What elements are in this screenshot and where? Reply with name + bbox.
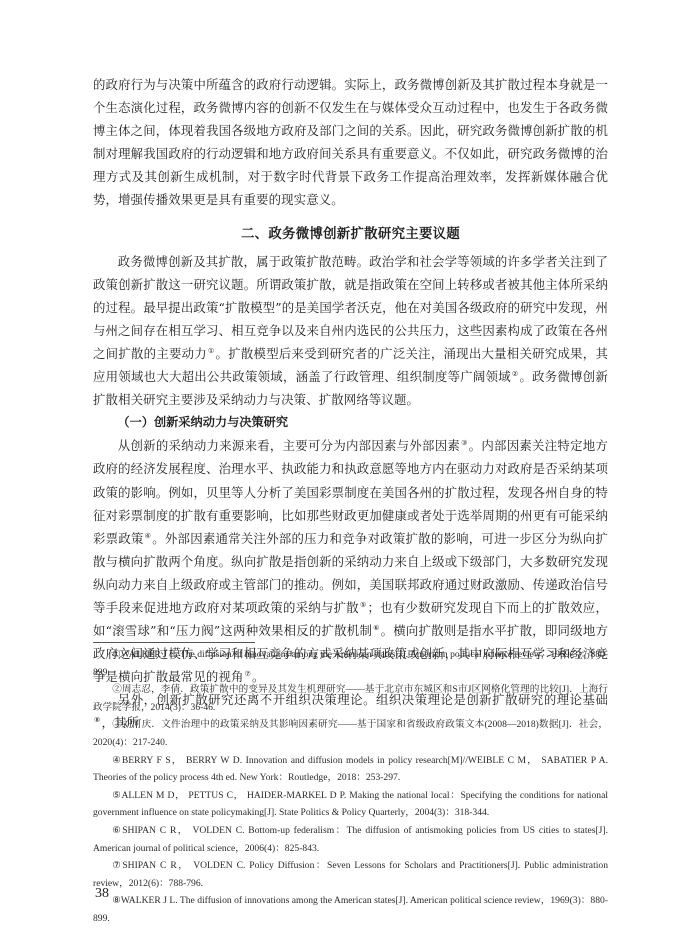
footnote-ref-2[interactable]: ② bbox=[512, 370, 519, 378]
page-number: 38 bbox=[95, 886, 109, 902]
subsection-title: （一）创新采纳动力与决策研究 bbox=[93, 411, 608, 434]
footnote-ref-1[interactable]: ① bbox=[208, 347, 215, 355]
footnote-divider bbox=[93, 642, 255, 643]
footnote-ref-6[interactable]: ⑥ bbox=[373, 624, 380, 632]
footnote-ref-4[interactable]: ④ bbox=[145, 532, 152, 540]
section-title: 二、政务微博创新扩散研究主要议题 bbox=[93, 223, 608, 247]
intro-paragraph: 的政府行为与决策中所蕴含的政府行动逻辑。实际上，政务微博创新及其扩散过程本身就是… bbox=[93, 73, 608, 212]
footnote-ref-3[interactable]: ③ bbox=[461, 439, 468, 447]
footnotes: ①WALKER J L. The diffusion of innovation… bbox=[93, 646, 608, 928]
footnote-6: ⑥SHIPAN C R， VOLDEN C. Bottom-up federal… bbox=[93, 822, 608, 857]
footnote-2: ②周志忍，李倩．政策扩散中的变异及其发生机理研究——基于北京市东城区和S市J区网… bbox=[93, 681, 608, 716]
footnote-ref-5[interactable]: ⑤ bbox=[360, 601, 367, 609]
footnote-3: ③刘河庆．文件治理中的政策采纳及其影响因素研究——基于国家和省级政府政策文本(2… bbox=[93, 716, 608, 751]
footnote-1: ①WALKER J L. The diffusion of innovation… bbox=[93, 646, 608, 681]
text-run: 从创新的采纳动力来源来看，主要可分为内部因素与外部因素 bbox=[118, 438, 460, 453]
text-run: 。内部因素关注特定地方政府的经济发展程度、治理水平、执政能力和执政意愿等地方内在… bbox=[93, 438, 608, 545]
footnote-7: ⑦SHIPAN C R， VOLDEN C. Policy Diffusion：… bbox=[93, 857, 608, 892]
text-run: 政务微博创新及其扩散，属于政策扩散范畴。政治学和社会学等领域的许多学者关注到了政… bbox=[93, 254, 608, 361]
footnote-5: ⑤ALLEN M D， PETTUS C， HAIDER-MARKEL D P.… bbox=[93, 787, 608, 822]
footnote-8: ⑧WALKER J L. The diffusion of innovation… bbox=[93, 892, 608, 927]
footnote-4: ④BERRY F S， BERRY W D. Innovation and di… bbox=[93, 752, 608, 787]
article-body: 的政府行为与决策中所蕴含的政府行动逻辑。实际上，政务微博创新及其扩散过程本身就是… bbox=[93, 73, 608, 735]
section-paragraph: 政务微博创新及其扩散，属于政策扩散范畴。政治学和社会学等领域的许多学者关注到了政… bbox=[93, 250, 608, 412]
